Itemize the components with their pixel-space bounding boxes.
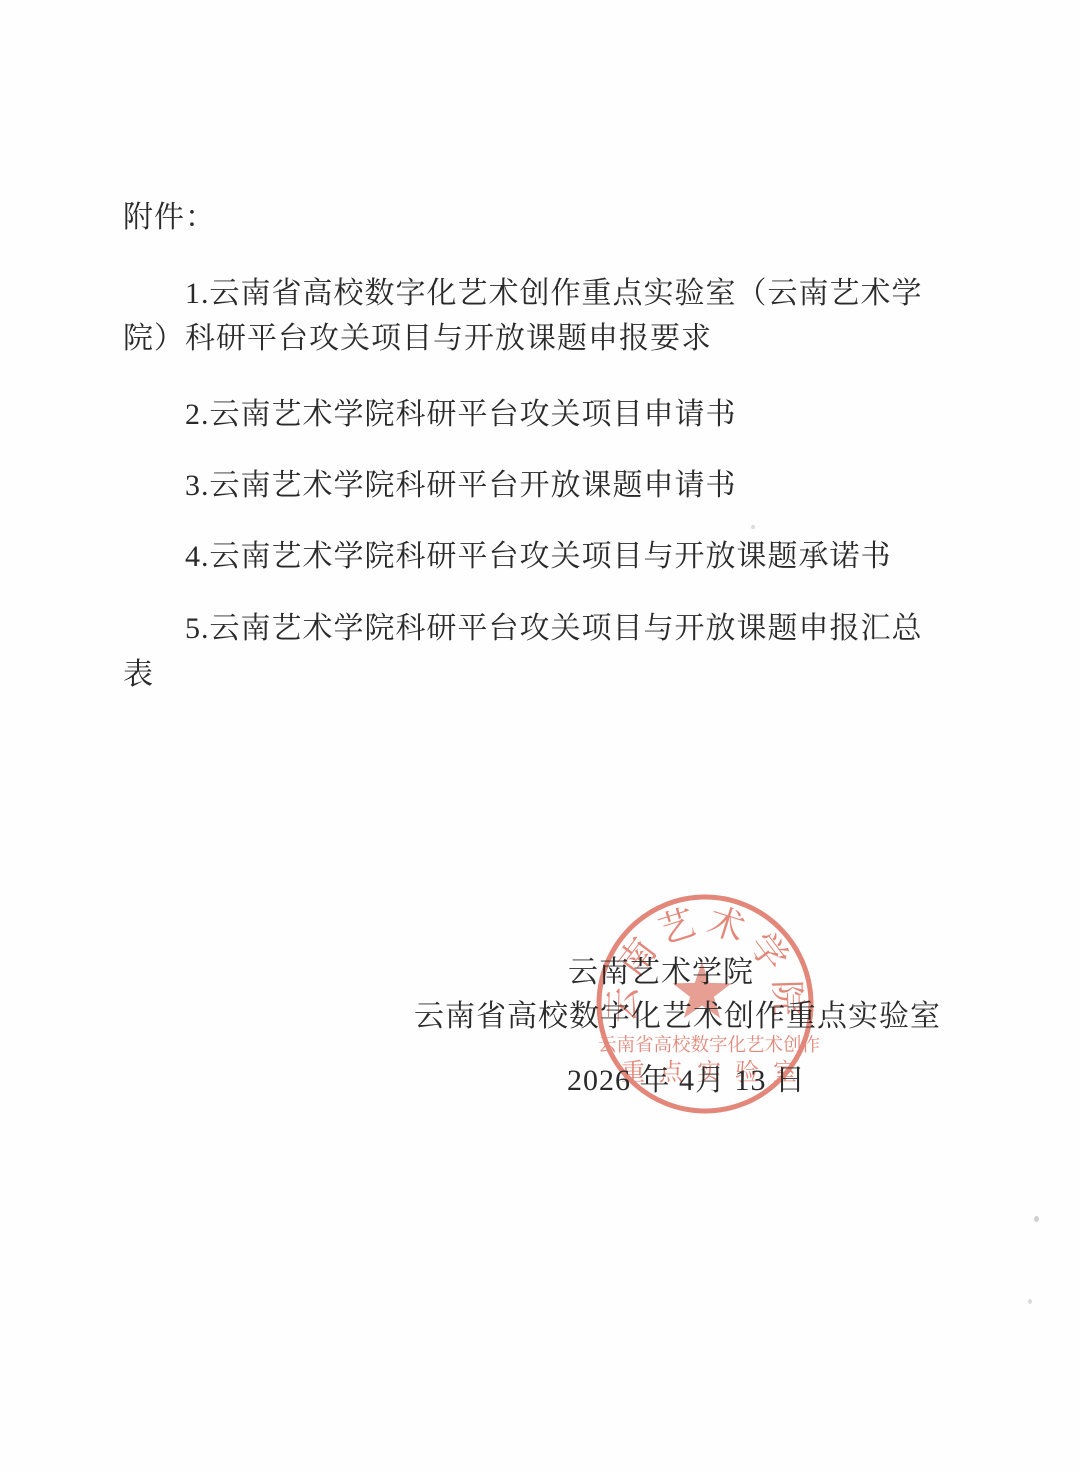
attachment-item-5-line-2: 表: [123, 658, 154, 692]
signature-laboratory: 云南省高校数字化艺术创作重点实验室: [414, 1000, 941, 1034]
scan-speck: [751, 525, 755, 529]
attachment-item-2: 2.云南艺术学院科研平台攻关项目申请书: [185, 398, 737, 432]
scan-speck: [1034, 1216, 1039, 1222]
attachment-item-1-line-1: 1.云南省高校数字化艺术创作重点实验室（云南艺术学: [185, 277, 923, 311]
attachment-label: 附件：: [123, 201, 216, 235]
attachment-item-4: 4.云南艺术学院科研平台攻关项目与开放课题承诺书: [185, 540, 892, 574]
signature-organization: 云南艺术学院: [568, 956, 754, 990]
signature-date: 2026 年 4月 13 日: [567, 1064, 806, 1098]
attachment-item-5-line-1: 5.云南艺术学院科研平台攻关项目与开放课题申报汇总: [185, 612, 923, 646]
scan-speck: [1028, 1299, 1032, 1304]
document-page: 云南艺术学院 云南省高校数字化艺术创作 重点实验室 附件： 1.云南省高校数字化…: [0, 0, 1080, 1472]
seal-center-line1: 云南省高校数字化艺术创作: [598, 1034, 820, 1056]
attachment-item-3: 3.云南艺术学院科研平台开放课题申请书: [185, 469, 737, 503]
attachment-item-1-line-2: 院）科研平台攻关项目与开放课题申报要求: [123, 322, 712, 356]
